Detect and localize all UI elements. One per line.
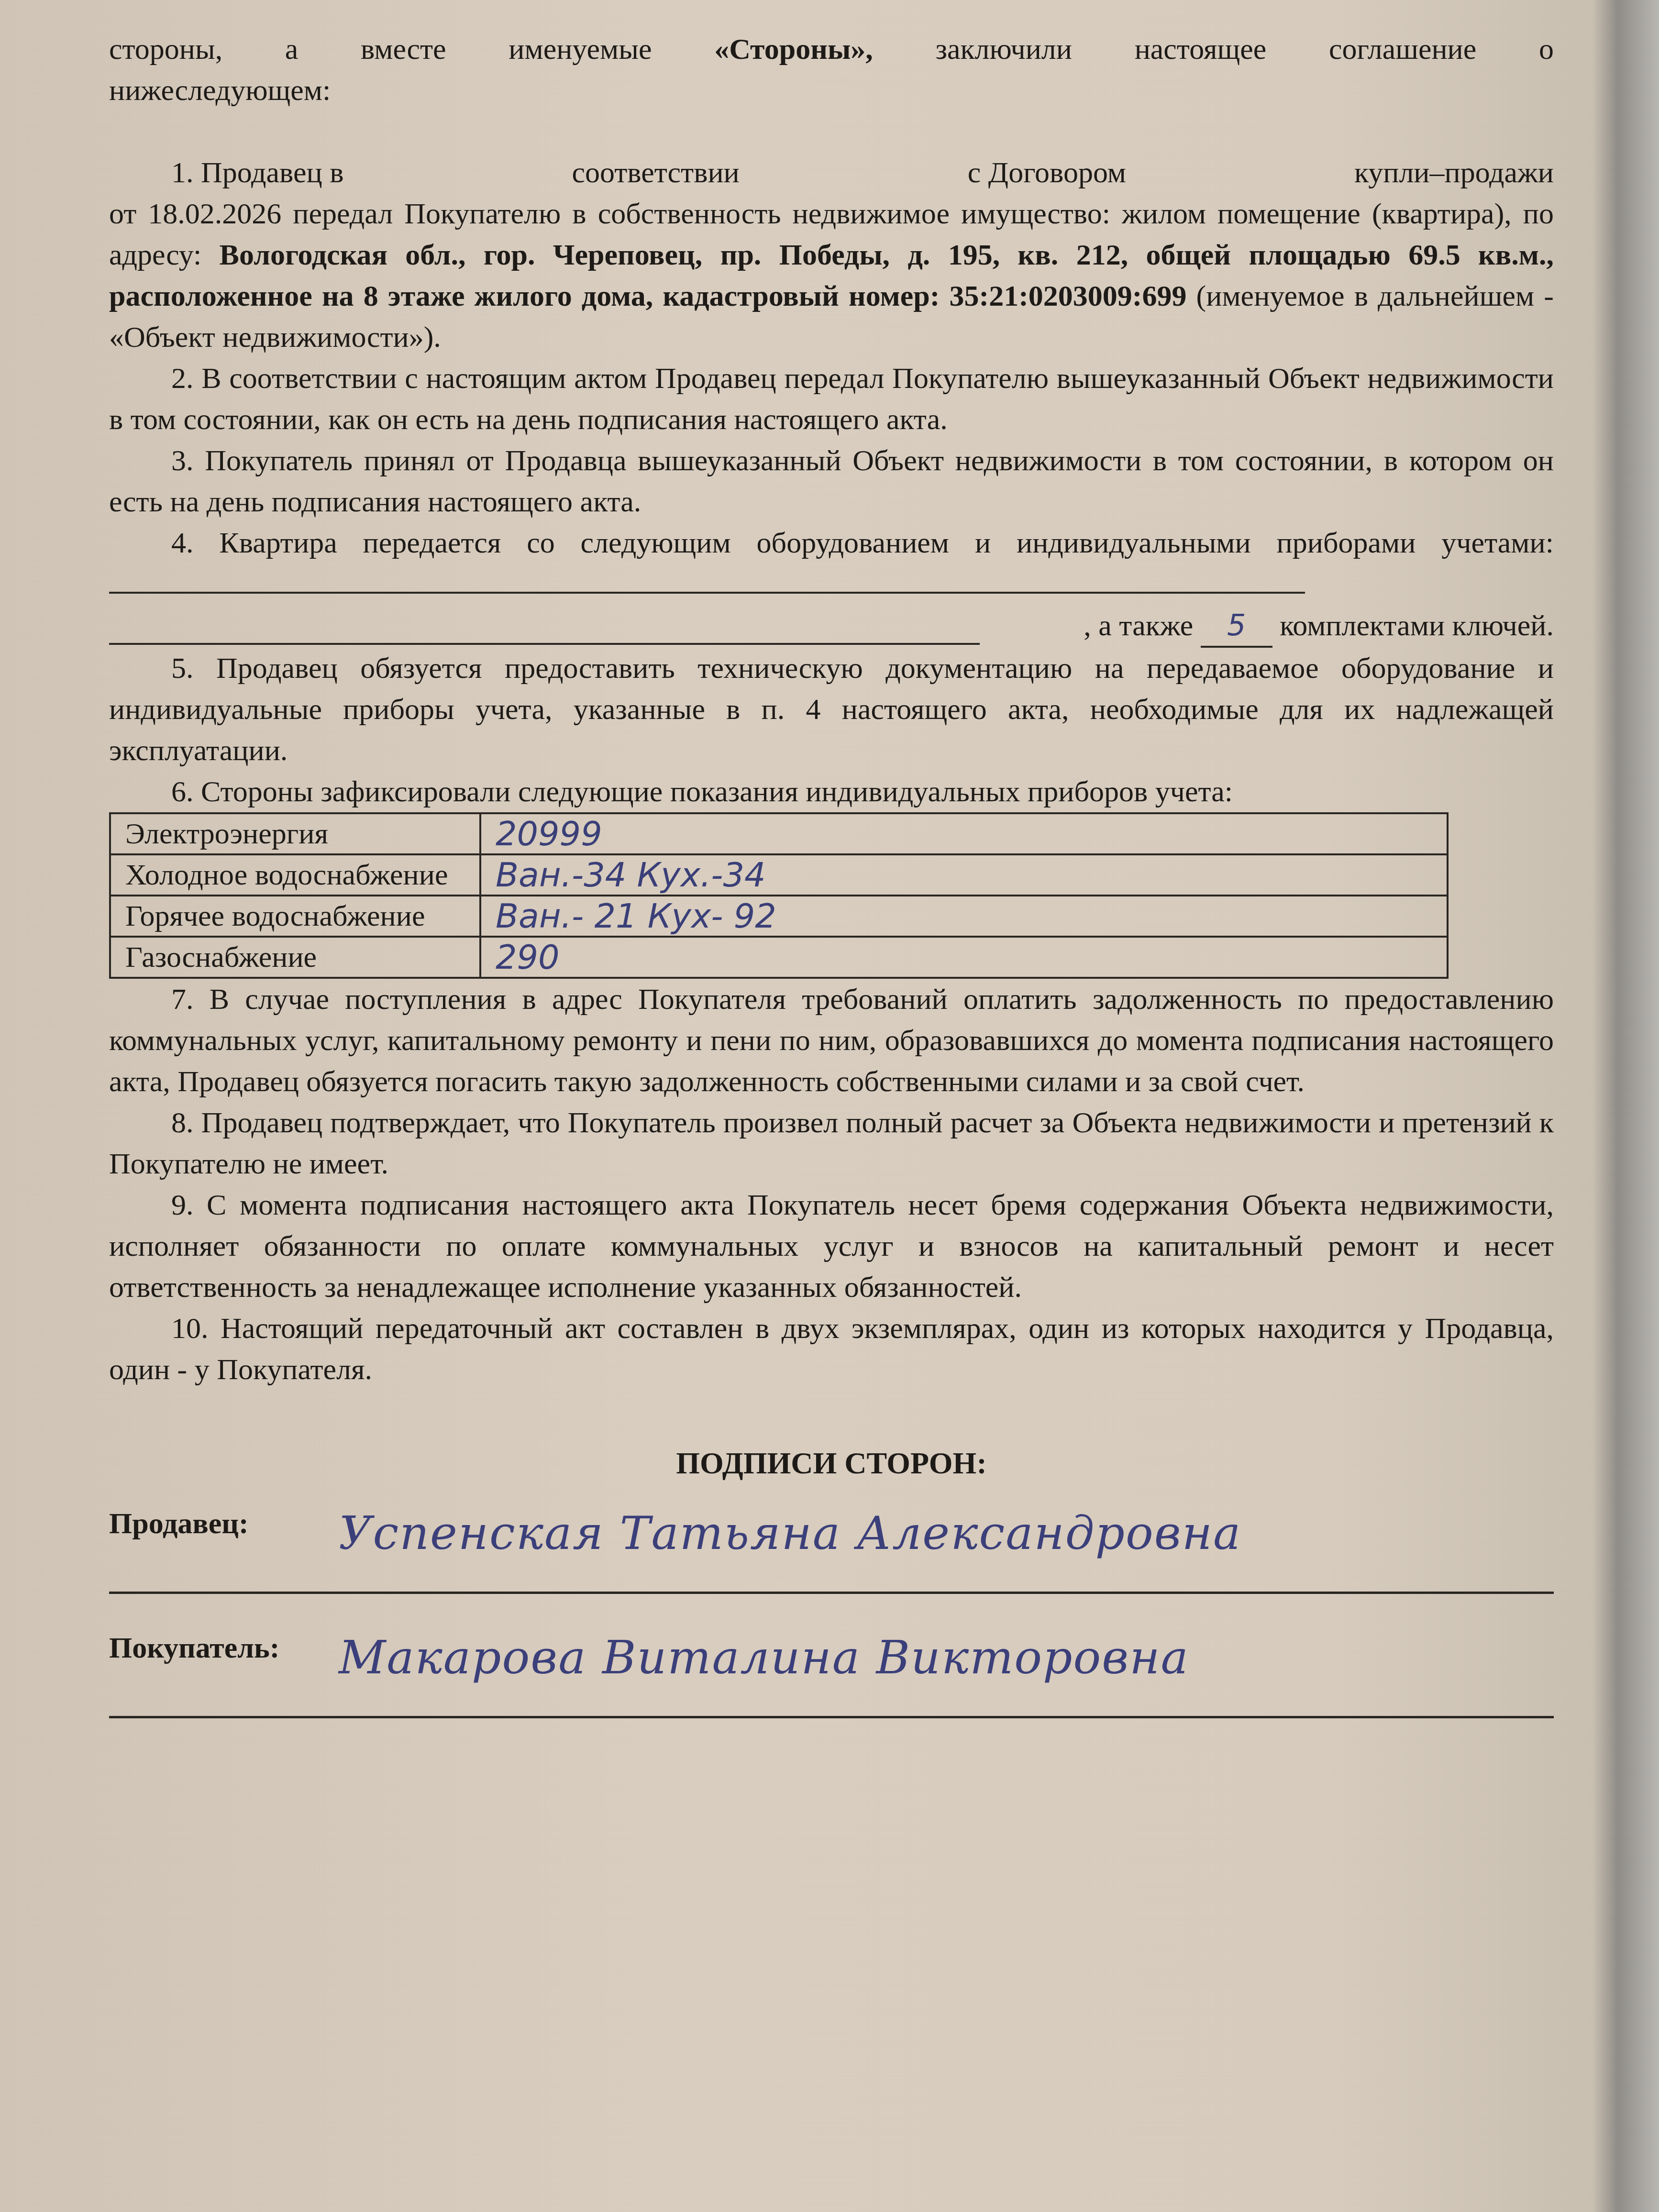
meter-readings-table: Электроэнергия 20999 Холодное водоснабже… [109,812,1449,979]
buyer-signature-row: Покупатель: Макарова Виталина Викторовна [109,1613,1554,1733]
clause-1: от 18.02.2026 передал Покупателю в собст… [109,193,1554,358]
keys-count-field[interactable]: 5 [1201,605,1272,648]
table-row: Газоснабжение 290 [110,937,1448,978]
keys-line: , а также 5 комплектами ключей. [109,605,1554,648]
clause-9: 9. С момента подписания настоящего акта … [109,1184,1554,1308]
buyer-signature[interactable]: Макарова Виталина Викторовна [339,1637,1189,1678]
hot-water-reading[interactable]: Ван.- 21 Кух- 92 [480,896,1448,937]
seller-signature-row: Продавец: Успенская Татьяна Александровн… [109,1489,1554,1608]
seller-signature[interactable]: Успенская Татьяна Александровна [339,1513,1241,1554]
gas-reading[interactable]: 290 [480,937,1448,978]
clause-6: 6. Стороны зафиксировали следующие показ… [109,771,1554,812]
clause-2: 2. В соответствии с настоящим актом Прод… [109,358,1554,440]
buyer-signature-line [109,1716,1554,1718]
seller-signature-line [109,1592,1554,1594]
cold-water-reading[interactable]: Ван.-34 Кух.-34 [480,854,1448,896]
buyer-label: Покупатель: [109,1627,279,1669]
seller-label: Продавец: [109,1503,249,1544]
transfer-act-page: стороны, а вместе именуемые «Стороны», з… [109,29,1554,1733]
clause-5: 5. Продавец обязуется предоставить техни… [109,648,1554,771]
table-row: Холодное водоснабжение Ван.-34 Кух.-34 [110,854,1448,896]
table-row: Электроэнергия 20999 [110,813,1448,854]
intro-line-2: нижеследующем: [109,70,1554,111]
signatures-title: ПОДПИСИ СТОРОН: [109,1443,1554,1484]
clause-10: 10. Настоящий передаточный акт составлен… [109,1308,1554,1390]
table-row: Горячее водоснабжение Ван.- 21 Кух- 92 [110,896,1448,937]
intro-line: стороны, а вместе именуемые «Стороны», з… [109,29,1554,70]
equipment-field[interactable] [109,592,1305,594]
equipment-field-2[interactable] [109,605,980,645]
clause-3: 3. Покупатель принял от Продавца вышеука… [109,440,1554,522]
clause-1-first-line: 1. Продавец в соответствии с Договором к… [109,152,1554,193]
electricity-reading[interactable]: 20999 [480,813,1448,854]
clause-8: 8. Продавец подтверждает, что Покупатель… [109,1102,1554,1184]
clause-4: 4. Квартира передается со следующим обор… [109,522,1554,605]
clause-7: 7. В случае поступления в адрес Покупате… [109,979,1554,1102]
